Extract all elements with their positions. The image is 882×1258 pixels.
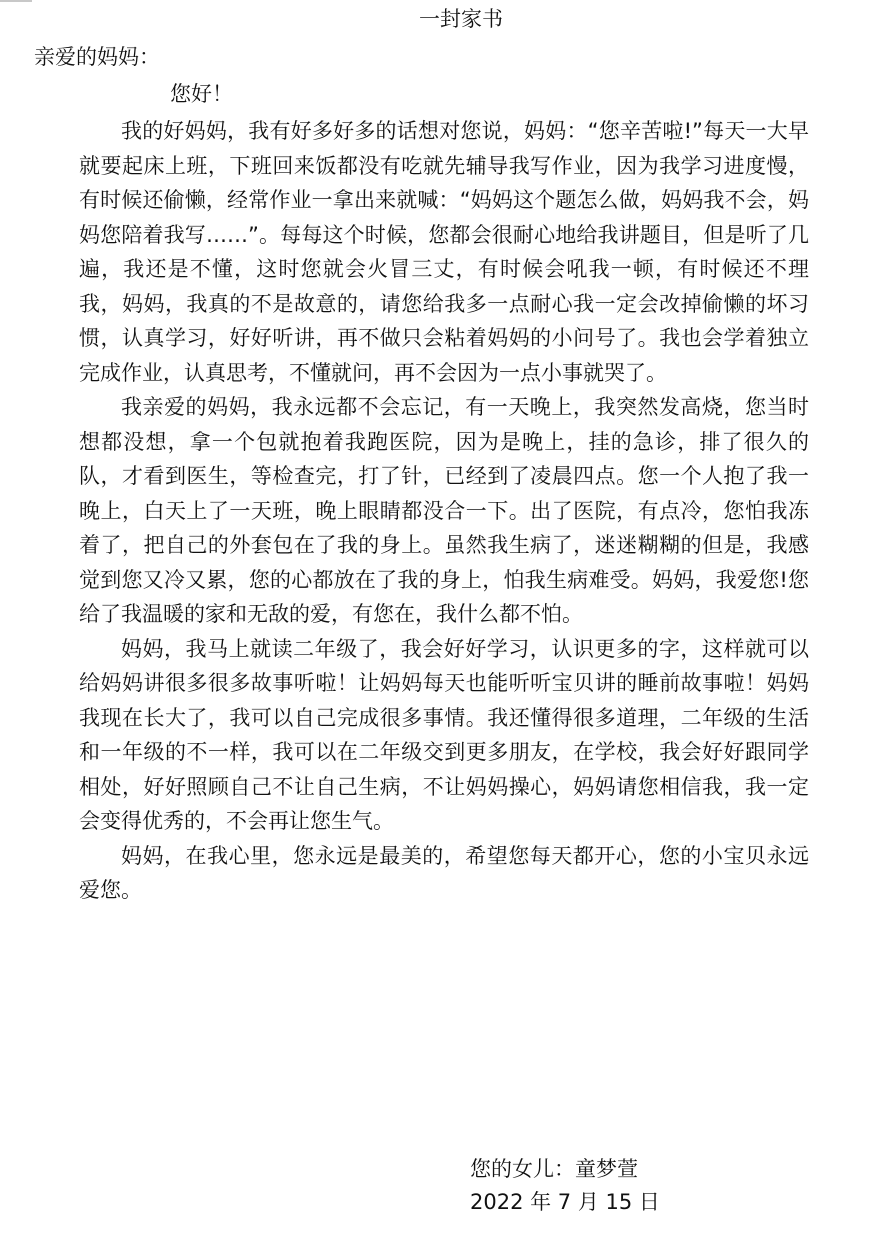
letter-title: 一封家书 — [0, 6, 882, 32]
paragraph: 妈妈，在我心里，您永远是最美的，希望您每天都开心，您的小宝贝永远爱您。 — [79, 839, 809, 908]
paragraph: 我亲爱的妈妈，我永远都不会忘记，有一天晚上，我突然发高烧，您当时想都没想，拿一个… — [79, 390, 809, 632]
page-corner-mark — [0, 0, 32, 2]
letter-body: 我的好妈妈，我有好多好多的话想对您说，妈妈：“您辛苦啦!”每天一大早就要起床上班… — [79, 114, 809, 908]
signature-date: 2022 年 7 月 15 日 — [470, 1186, 660, 1219]
signature-from: 您的女儿：童梦萱 — [470, 1153, 660, 1186]
paragraph: 我的好妈妈，我有好多好多的话想对您说，妈妈：“您辛苦啦!”每天一大早就要起床上班… — [79, 114, 809, 390]
letter-greeting: 您好！ — [170, 81, 233, 107]
letter-salutation: 亲爱的妈妈： — [34, 44, 160, 70]
paragraph: 妈妈，我马上就读二年级了，我会好好学习，认识更多的字，这样就可以给妈妈讲很多很多… — [79, 632, 809, 839]
letter-signature: 您的女儿：童梦萱 2022 年 7 月 15 日 — [470, 1153, 660, 1219]
